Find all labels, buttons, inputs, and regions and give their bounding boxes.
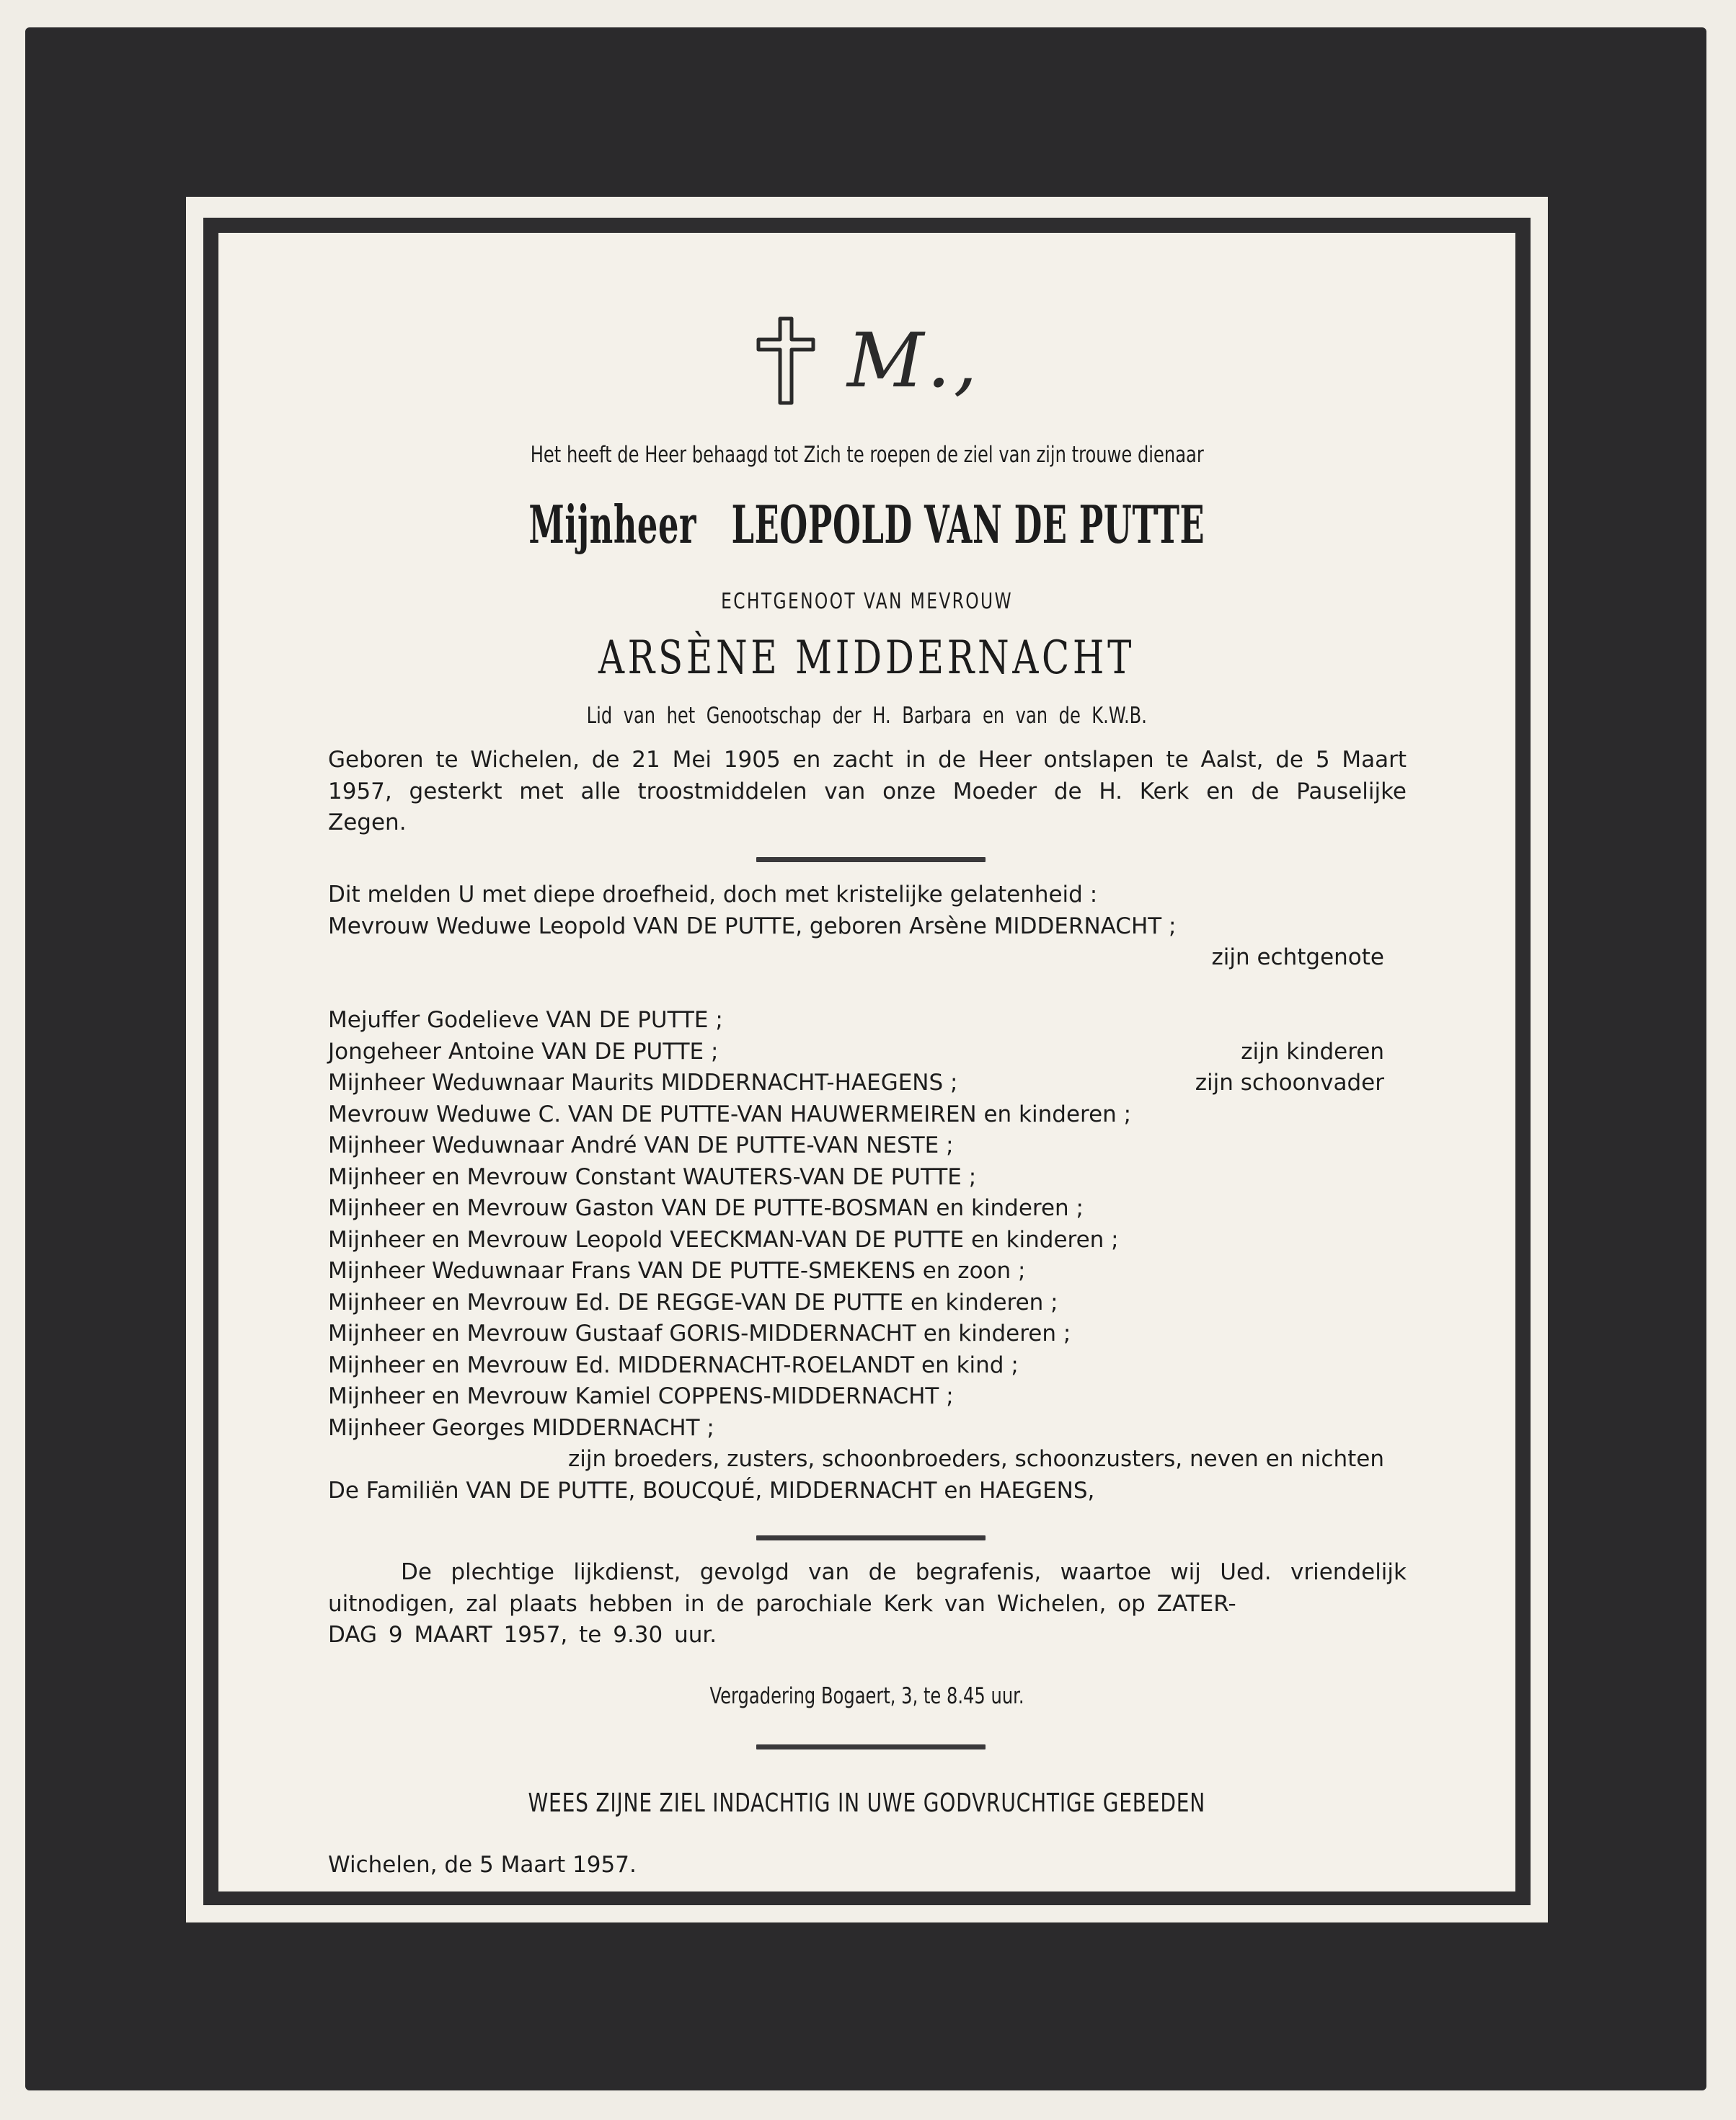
mourner-name: De Familiën VAN DE PUTTE, BOUCQUÉ, MIDDE… <box>328 1478 1094 1504</box>
card-content: M., Het heeft de Heer behaagd tot Zich t… <box>218 233 1515 1891</box>
mourner-row: zijn echtgenote <box>328 942 1384 974</box>
mourner-row <box>328 974 1384 1006</box>
mourner-row: Mijnheer Weduwnaar Frans VAN DE PUTTE-SM… <box>328 1256 1384 1287</box>
deceased-name: Mijnheer LEOPOLD VAN DE PUTTE <box>218 494 1515 555</box>
service-announcement: De plechtige lijkdienst, gevolgd van de … <box>328 1557 1407 1651</box>
mourner-row: Mejuffer Godelieve VAN DE PUTTE ; <box>328 1005 1384 1037</box>
mourners-section: Dit melden U met diepe droefheid, doch m… <box>328 879 1384 1507</box>
spouse-label: ECHTGENOOT VAN MEVROUW <box>218 589 1515 614</box>
mourner-name: Mijnheer en Mevrouw Gustaaf GORIS-MIDDER… <box>328 1321 1071 1347</box>
mourner-name: Mijnheer en Mevrouw Ed. DE REGGE-VAN DE … <box>328 1290 1058 1316</box>
mourner-name: Mijnheer en Mevrouw Constant WAUTERS-VAN… <box>328 1164 976 1190</box>
mourner-name: Mijnheer en Mevrouw Ed. MIDDERNACHT-ROEL… <box>328 1352 1019 1378</box>
spouse-name: ARSÈNE MIDDERNACHT <box>218 631 1515 685</box>
mourner-row: Mijnheer Georges MIDDERNACHT ; <box>328 1413 1384 1445</box>
mourner-name: Mejuffer Godelieve VAN DE PUTTE ; <box>328 1007 723 1033</box>
mourner-name: Mevrouw Weduwe C. VAN DE PUTTE-VAN HAUWE… <box>328 1101 1131 1127</box>
mourner-name: Mijnheer en Mevrouw Kamiel COPPENS-MIDDE… <box>328 1383 954 1409</box>
biography: Geboren te Wichelen, de 21 Mei 1905 en z… <box>328 745 1407 839</box>
deceased-title-and-name: Mijnheer LEOPOLD VAN DE PUTTE <box>529 494 1205 555</box>
mourner-relation: zijn schoonvader <box>1195 1068 1384 1099</box>
mourner-row: zijn broeders, zusters, schoonbroeders, … <box>328 1444 1384 1476</box>
mourners-list: Mevrouw Weduwe Leopold VAN DE PUTTE, geb… <box>328 911 1384 1507</box>
mourner-relation: zijn broeders, zusters, schoonbroeders, … <box>568 1444 1384 1476</box>
mourner-row: Mijnheer en Mevrouw Kamiel COPPENS-MIDDE… <box>328 1381 1384 1413</box>
mourner-name: Jongeheer Antoine VAN DE PUTTE ; <box>328 1039 718 1065</box>
cross-icon <box>756 316 816 406</box>
mourner-row: Mevrouw Weduwe C. VAN DE PUTTE-VAN HAUWE… <box>328 1099 1384 1131</box>
mourner-row: Mijnheer en Mevrouw Ed. MIDDERNACHT-ROEL… <box>328 1350 1384 1382</box>
mourner-relation: zijn kinderen <box>1241 1037 1384 1068</box>
mourner-row: De Familiën VAN DE PUTTE, BOUCQUÉ, MIDDE… <box>328 1476 1384 1507</box>
mourner-row: Mijnheer en Mevrouw Ed. DE REGGE-VAN DE … <box>328 1287 1384 1319</box>
prayer-request: WEES ZIJNE ZIEL INDACHTIG IN UWE GODVRUC… <box>218 1788 1515 1818</box>
membership-text: Lid van het Genootschap der H. Barbara e… <box>218 703 1515 729</box>
divider <box>756 1744 986 1749</box>
mourner-row: Mijnheer Weduwnaar Maurits MIDDERNACHT-H… <box>328 1068 1384 1099</box>
mourner-name: Mijnheer Weduwnaar André VAN DE PUTTE-VA… <box>328 1132 954 1158</box>
mourner-relation: zijn echtgenote <box>1211 942 1384 974</box>
intro-text: Het heeft de Heer behaagd tot Zich te ro… <box>218 442 1515 468</box>
monogram: M., <box>847 323 980 398</box>
paper-background: M., Het heeft de Heer behaagd tot Zich t… <box>0 0 1736 2120</box>
mourner-name: Mijnheer en Mevrouw Leopold VEECKMAN-VAN… <box>328 1227 1119 1253</box>
mourner-name: Mijnheer en Mevrouw Gaston VAN DE PUTTE-… <box>328 1195 1084 1221</box>
mourner-row: Jongeheer Antoine VAN DE PUTTE ;zijn kin… <box>328 1037 1384 1068</box>
mourner-name: Mijnheer Weduwnaar Maurits MIDDERNACHT-H… <box>328 1070 957 1096</box>
mourner-name: Mevrouw Weduwe Leopold VAN DE PUTTE, geb… <box>328 913 1177 939</box>
mourner-row: Mevrouw Weduwe Leopold VAN DE PUTTE, geb… <box>328 911 1384 943</box>
mourner-name: Mijnheer Weduwnaar Frans VAN DE PUTTE-SM… <box>328 1258 1025 1284</box>
deceased-fullname: LEOPOLD VAN DE PUTTE <box>732 494 1205 555</box>
divider <box>756 857 986 862</box>
mourner-row: Mijnheer Weduwnaar André VAN DE PUTTE-VA… <box>328 1130 1384 1162</box>
mourner-row: Mijnheer en Mevrouw Constant WAUTERS-VAN… <box>328 1162 1384 1194</box>
assembly-info: Vergadering Bogaert, 3, te 8.45 uur. <box>218 1683 1515 1709</box>
mourner-row: Mijnheer en Mevrouw Leopold VEECKMAN-VAN… <box>328 1225 1384 1256</box>
mourner-row: Mijnheer en Mevrouw Gaston VAN DE PUTTE-… <box>328 1193 1384 1225</box>
place-and-date: Wichelen, de 5 Maart 1957. <box>328 1852 637 1878</box>
mourner-name: Mijnheer Georges MIDDERNACHT ; <box>328 1415 714 1441</box>
divider <box>756 1535 986 1540</box>
mourner-row: Mijnheer en Mevrouw Gustaaf GORIS-MIDDER… <box>328 1318 1384 1350</box>
mourners-intro: Dit melden U met diepe droefheid, doch m… <box>328 879 1384 911</box>
deceased-title: Mijnheer <box>529 494 697 555</box>
